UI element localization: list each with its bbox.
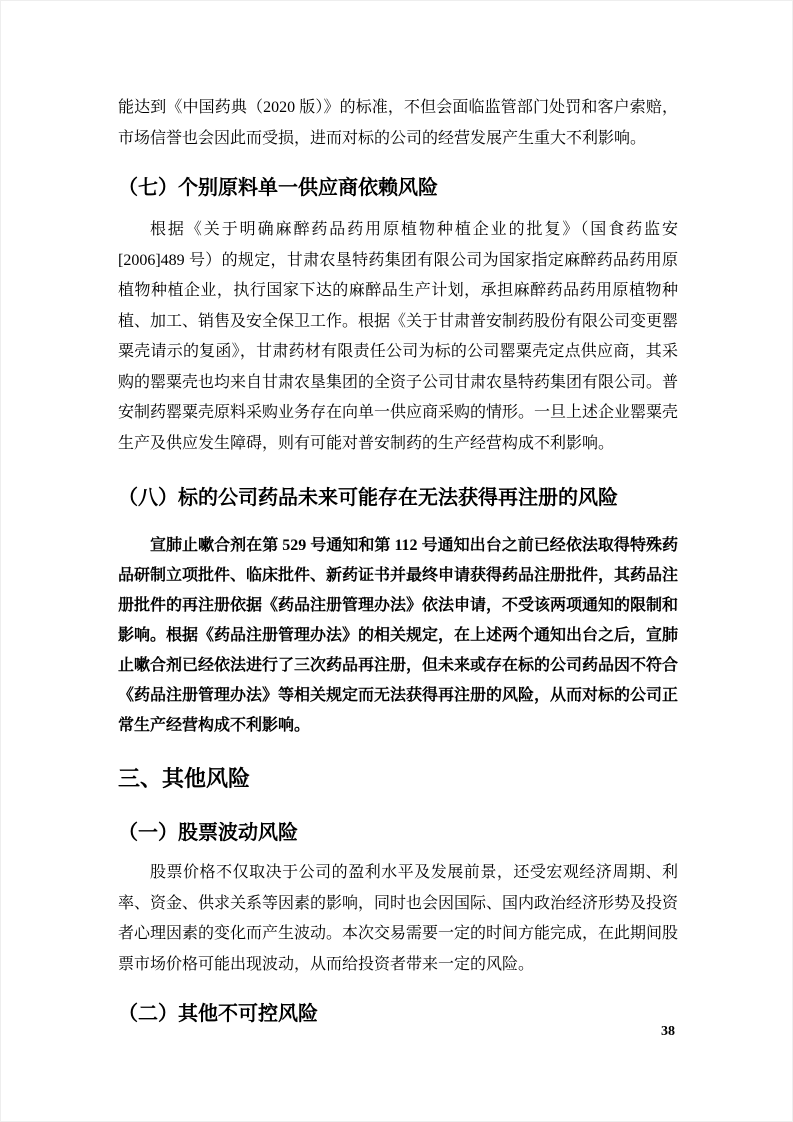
section-3-1-heading: （一）股票波动风险 <box>118 820 678 846</box>
intro-paragraph: 能达到《中国药典（2020 版）》的标准，不但会面临监管部门处罚和客户索赔，市场… <box>118 93 678 154</box>
section-3-1-body: 股票价格不仅取决于公司的盈利水平及发展前景，还受宏观经济周期、利率、资金、供求关… <box>118 858 678 980</box>
section-3-2-heading: （二）其他不可控风险 <box>118 1001 678 1027</box>
page-number: 38 <box>661 1023 675 1041</box>
section-7-heading: （七）个别原料单一供应商依赖风险 <box>118 175 678 201</box>
document-page: 能达到《中国药典（2020 版）》的标准，不但会面临监管部门处罚和客户索赔，市场… <box>0 0 793 1122</box>
section-8-heading: （八）标的公司药品未来可能存在无法获得再注册的风险 <box>118 485 678 511</box>
chapter-3-heading: 三、其他风险 <box>118 765 678 793</box>
section-7-body: 根据《关于明确麻醉药品药用原植物种植企业的批复》（国食药监安[2006]489 … <box>118 215 678 459</box>
section-8-body: 宣肺止嗽合剂在第 529 号通知和第 112 号通知出台之前已经依法取得特殊药品… <box>118 531 678 741</box>
page-content: 能达到《中国药典（2020 版）》的标准，不但会面临监管部门处罚和客户索赔，市场… <box>118 1 678 1027</box>
